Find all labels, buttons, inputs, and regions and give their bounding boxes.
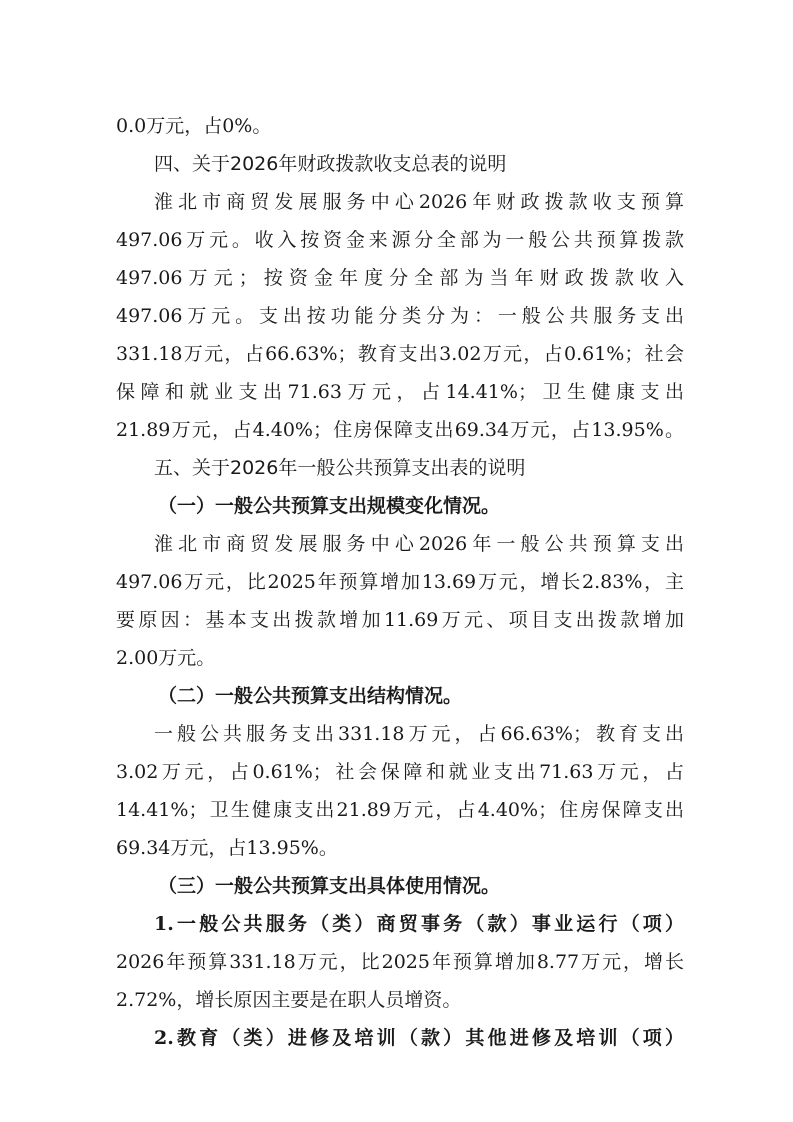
paragraph-line: 497.06万元。收入按资金来源分全部为一般公共预算拨款 [116, 221, 684, 259]
paragraph-line: 要原因：基本支出拨款增加11.69万元、项目支出拨款增加 [116, 601, 684, 639]
subsection-heading-3: （三）一般公共预算支出具体使用情况。 [116, 867, 684, 905]
document-page: 0.0万元，占0%。 四、关于2026年财政拨款收支总表的说明 淮北市商贸发展服… [116, 107, 684, 1057]
paragraph-line: 淮北市商贸发展服务中心2026年财政拨款收支预算 [116, 183, 684, 221]
paragraph-line: 0.0万元，占0%。 [116, 107, 684, 145]
paragraph-line: 2.72%，增长原因主要是在职人员增资。 [116, 981, 684, 1019]
paragraph-line: 497.06万元。支出按功能分类分为：一般公共服务支出 [116, 297, 684, 335]
section-heading-5: 五、关于2026年一般公共预算支出表的说明 [116, 449, 684, 487]
subsection-heading-1: （一）一般公共预算支出规模变化情况。 [116, 487, 684, 525]
paragraph-line: 69.34万元，占13.95%。 [116, 829, 684, 867]
section-heading-4: 四、关于2026年财政拨款收支总表的说明 [116, 145, 684, 183]
paragraph-line: 2.00万元。 [116, 639, 684, 677]
paragraph-line: 21.89万元，占4.40%；住房保障支出69.34万元，占13.95%。 [116, 411, 684, 449]
paragraph-line: 3.02万元，占0.61%；社会保障和就业支出71.63万元，占 [116, 753, 684, 791]
paragraph-line: 497.06万元；按资金年度分全部为当年财政拨款收入 [116, 259, 684, 297]
paragraph-line: 331.18万元，占66.63%；教育支出3.02万元，占0.61%；社会 [116, 335, 684, 373]
item-heading-1: 1.一般公共服务（类）商贸事务（款）事业运行（项） [116, 905, 684, 943]
paragraph-line: 14.41%；卫生健康支出21.89万元，占4.40%；住房保障支出 [116, 791, 684, 829]
item-heading-2: 2.教育（类）进修及培训（款）其他进修及培训（项） [116, 1019, 684, 1057]
paragraph-line: 2026年预算331.18万元，比2025年预算增加8.77万元，增长 [116, 943, 684, 981]
paragraph-line: 497.06万元，比2025年预算增加13.69万元，增长2.83%，主 [116, 563, 684, 601]
subsection-heading-2: （二）一般公共预算支出结构情况。 [116, 677, 684, 715]
paragraph-line: 淮北市商贸发展服务中心2026年一般公共预算支出 [116, 525, 684, 563]
paragraph-line: 保障和就业支出71.63万元，占14.41%；卫生健康支出 [116, 373, 684, 411]
paragraph-line: 一般公共服务支出331.18万元，占66.63%；教育支出 [116, 715, 684, 753]
